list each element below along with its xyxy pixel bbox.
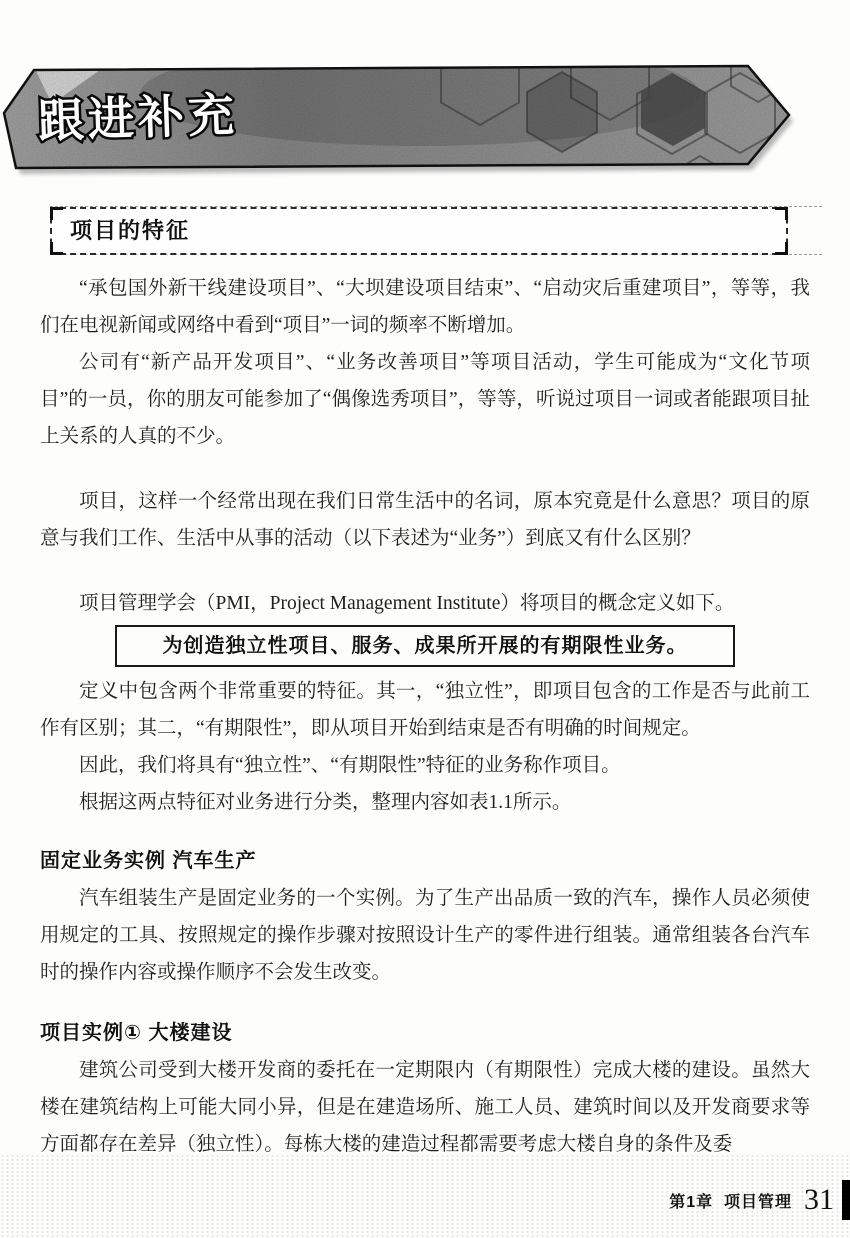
paragraph: 汽车组装生产是固定业务的一个实例。为了生产出品质一致的汽车，操作人员必须使用规定… (40, 880, 810, 991)
banner-title: 跟进补充 (37, 88, 239, 147)
box-corner-mark (775, 207, 788, 220)
paragraph: 因此，我们将具有“独立性”、“有期限性”特征的业务称作项目。 (40, 747, 810, 784)
paragraph: 建筑公司受到大楼开发商的委托在一定期限内（有期限性）完成大楼的建设。虽然大楼在建… (40, 1052, 810, 1163)
box-corner-mark (50, 207, 63, 220)
section-heading-fixed-business: 固定业务实例 汽车生产 (40, 843, 810, 880)
banner-graphic: 跟进补充 (0, 60, 800, 180)
box-corner-mark (775, 242, 788, 255)
paragraph: 项目管理学会（PMI，Project Management Institute）… (40, 585, 810, 622)
book-page: 跟进补充 项目的特征 “承包国外新干线建设项目”、“大坝建设项目结束”、“启动灾… (0, 0, 850, 1238)
page-number: 31 (804, 1183, 834, 1217)
paragraph: 项目，这样一个经常出现在我们日常生活中的名词，原本究竟是什么意思？项目的原意与我… (40, 483, 810, 557)
chapter-number: 第1章 (669, 1194, 713, 1211)
box-corner-mark (50, 242, 63, 255)
paragraph: 根据这两点特征对业务进行分类，整理内容如表1.1所示。 (40, 784, 810, 821)
chapter-banner: 跟进补充 (0, 60, 800, 180)
chapter-title: 项目管理 (724, 1194, 792, 1211)
paragraph: 定义中包含两个非常重要的特征。其一，“独立性”，即项目包含的工作是否与此前工作有… (40, 673, 810, 747)
chapter-label: 第1章 项目管理 (669, 1189, 792, 1212)
paragraph: “承包国外新干线建设项目”、“大坝建设项目结束”、“启动灾后重建项目”，等等，我… (40, 270, 810, 344)
topic-title: 项目的特征 (52, 209, 786, 253)
paragraph: 公司有“新产品开发项目”、“业务改善项目”等项目活动，学生可能成为“文化节项目”… (40, 344, 810, 455)
page-body: “承包国外新干线建设项目”、“大坝建设项目结束”、“启动灾后重建项目”，等等，我… (40, 270, 810, 1163)
page-footer: 第1章 项目管理 31 (669, 1180, 834, 1220)
definition-box: 为创造独立性项目、服务、成果所开展的有期限性业务。 (115, 625, 735, 667)
page-edge-bar (842, 1180, 850, 1220)
section-heading-project-example: 项目实例① 大楼建设 (40, 1015, 810, 1052)
topic-title-box: 项目的特征 (50, 207, 788, 255)
definition-text: 为创造独立性项目、服务、成果所开展的有期限性业务。 (163, 628, 688, 665)
